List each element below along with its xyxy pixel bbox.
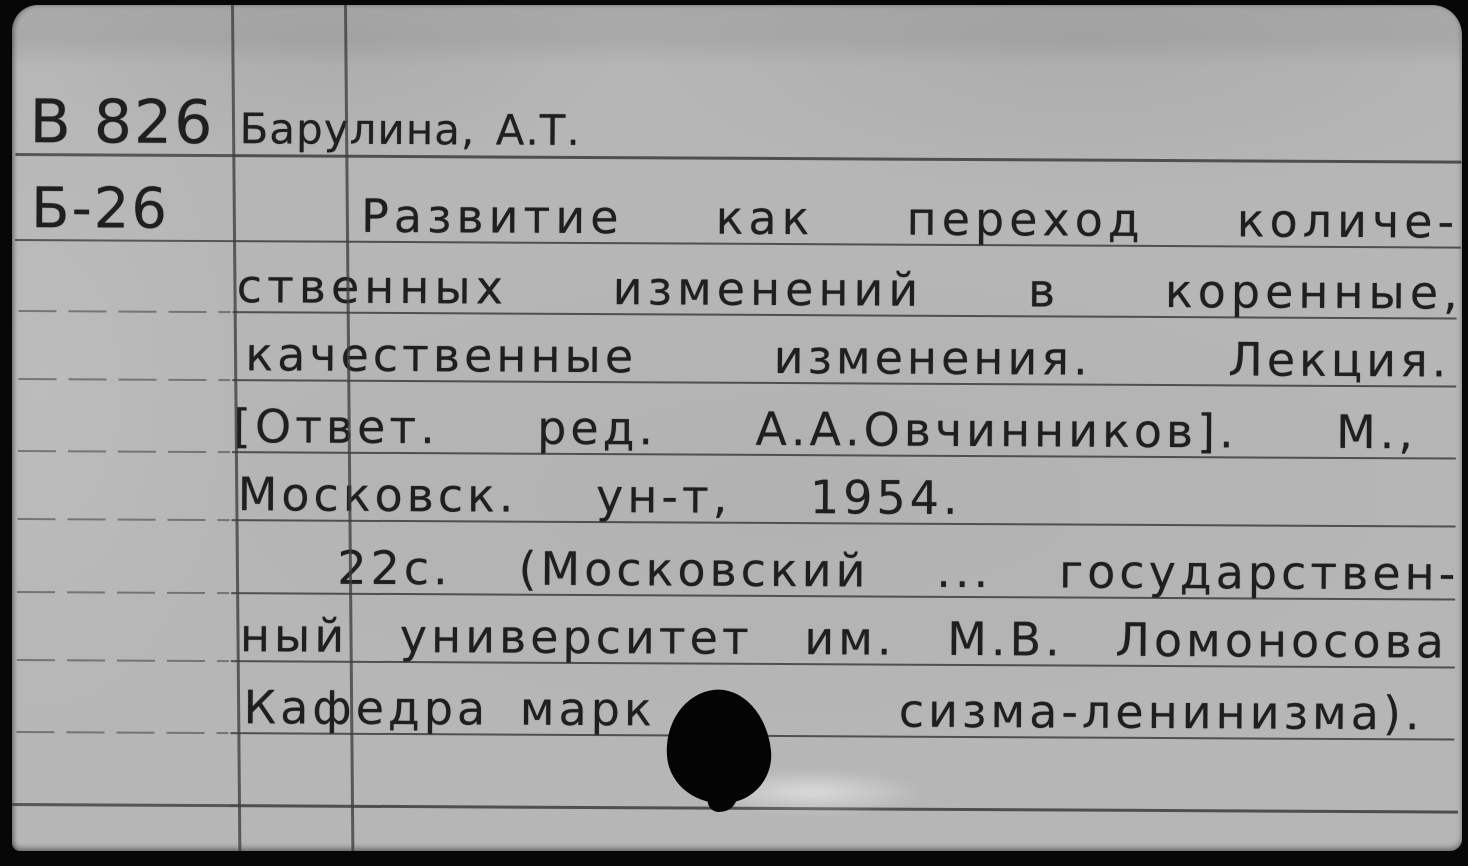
- series-line-3-before-blot: Кафедра марк: [243, 680, 655, 736]
- call-number-bottom: Б-26: [31, 179, 169, 240]
- series-line-3: Кафедра марк сизма-ленинизма).: [243, 680, 1423, 740]
- ruled-line: [13, 153, 1462, 164]
- publisher-year-line: Московск. ун-т, 1954.: [238, 467, 962, 525]
- collation-series-line-1: 22с. (Московский ... государствен-: [337, 541, 1459, 601]
- index-card: В 826 Б-26 Барулина, А.Т. Развитие как п…: [12, 5, 1462, 851]
- title-line-1: Развитие как переход количе-: [361, 189, 1459, 249]
- catalog-card-photo: В 826 Б-26 Барулина, А.Т. Развитие как п…: [0, 0, 1468, 866]
- title-line-3: качественные изменения. Лекция.: [245, 327, 1450, 387]
- title-line-2: ственных изменений в коренные,: [237, 259, 1462, 319]
- series-line-3-after-blot: сизма-ленинизма).: [899, 684, 1424, 741]
- series-line-2: ный университет им. М.В. Ломоносова: [240, 608, 1448, 668]
- call-number-top: В 826: [29, 91, 214, 154]
- ruled-grid: В 826 Б-26 Барулина, А.Т. Развитие как п…: [12, 5, 1462, 851]
- editor-imprint-line: [Ответ. ред. А.А.Овчинников]. М.,: [233, 399, 1417, 459]
- author-line: Барулина, А.Т.: [239, 102, 599, 158]
